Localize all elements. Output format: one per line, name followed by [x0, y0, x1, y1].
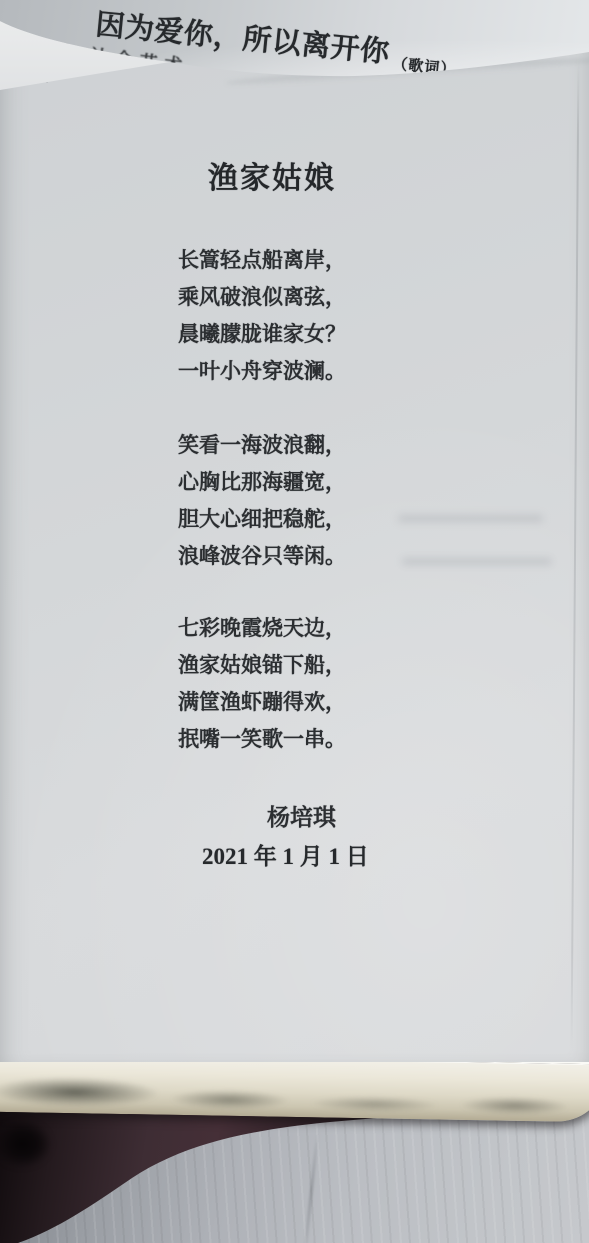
- edge-smudge: [460, 1096, 570, 1116]
- poem-date: 2021 年 1 月 1 日: [202, 838, 369, 871]
- photo-of-poem-page: 渔家姑娘 长篙轻点船离岸， 乘风破浪似离弦， 晨曦朦胧谁家女？ 一叶小舟穿波澜。…: [0, 0, 589, 1243]
- poem-line: 晨曦朦胧谁家女？: [178, 316, 346, 353]
- poem-line: 长篙轻点船离岸，: [178, 242, 346, 279]
- poem-page: 渔家姑娘 长篙轻点船离岸， 乘风破浪似离弦， 晨曦朦胧谁家女？ 一叶小舟穿波澜。…: [0, 0, 589, 1062]
- stanza-3: 七彩晚霞烧天边， 渔家姑娘锚下船， 满筐渔虾蹦得欢， 抿嘴一笑歌一串。: [178, 610, 346, 758]
- poem-line: 一叶小舟穿波澜。: [178, 353, 346, 390]
- fabric-crease: [304, 1130, 320, 1243]
- poem-line: 浪峰波谷只等闲。: [178, 538, 346, 575]
- page-right-edge: [571, 60, 580, 1050]
- poem-line: 心胸比那海疆宽，: [178, 464, 346, 501]
- poem-line: 笑看一海波浪翻，: [178, 427, 346, 464]
- edge-smudge: [310, 1095, 440, 1113]
- edge-smudge: [170, 1089, 290, 1111]
- dark-shadow-blob: [0, 1120, 52, 1168]
- poem-line: 满筐渔虾蹦得欢，: [178, 684, 346, 721]
- author-signature: 杨培琪: [267, 799, 336, 832]
- bleed-through-mark: [398, 515, 543, 522]
- poem-title: 渔家姑娘: [208, 153, 336, 197]
- stanza-1: 长篙轻点船离岸， 乘风破浪似离弦， 晨曦朦胧谁家女？ 一叶小舟穿波澜。: [178, 242, 346, 390]
- stanza-2: 笑看一海波浪翻， 心胸比那海疆宽， 胆大心细把稳舵， 浪峰波谷只等闲。: [178, 427, 346, 575]
- edge-smudge: [0, 1076, 160, 1109]
- poem-line: 乘风破浪似离弦，: [178, 279, 346, 316]
- poem-line: 渔家姑娘锚下船，: [178, 647, 346, 684]
- bleed-through-mark: [402, 558, 552, 565]
- poem-line: 七彩晚霞烧天边，: [178, 610, 346, 647]
- poem-line: 抿嘴一笑歌一串。: [178, 721, 346, 758]
- poem-line: 胆大心细把稳舵，: [178, 501, 346, 538]
